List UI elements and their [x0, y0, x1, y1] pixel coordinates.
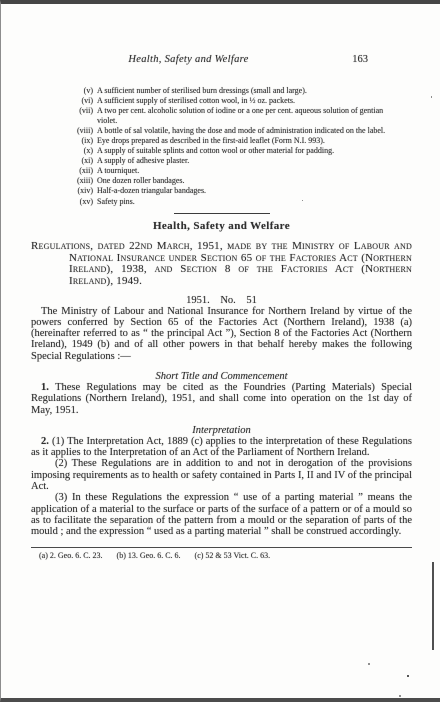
page-content: Health, Safety and Welfare 163 (v) A suf…: [31, 4, 412, 561]
scan-speckle: [393, 698, 394, 699]
list-item: (ix) Eye drops prepared as described in …: [31, 136, 412, 146]
footnote-divider: [31, 547, 412, 548]
list-item: (xii) A tourniquet.: [31, 166, 412, 176]
list-item-number: (v): [31, 86, 97, 96]
running-header: Health, Safety and Welfare 163: [31, 54, 412, 68]
section-divider: [174, 213, 270, 214]
list-item: (xv) Safety pins.: [31, 197, 412, 207]
regulation-2-3-paragraph: (3) In these Regulations the expression …: [31, 492, 412, 537]
short-title-heading: Short Title and Commencement: [31, 371, 412, 382]
footnote-c: (c) 52 & 53 Vict. C. 63.: [195, 551, 271, 560]
list-item-number: (vi): [31, 96, 97, 106]
list-item-number: (viii): [31, 126, 97, 136]
list-item-text: A supply of adhesive plaster.: [97, 156, 412, 166]
instrument-number: 1951. No. 51: [31, 295, 412, 306]
page-number: 163: [352, 54, 368, 65]
list-item: (vi) A sufficient supply of sterilised c…: [31, 96, 412, 106]
regulation-1-text: These Regulations may be cited as the Fo…: [31, 382, 412, 416]
footnote-b: (b) 13. Geo. 6. C. 6.: [117, 551, 181, 560]
scan-edge-artifact: [432, 562, 434, 650]
interpretation-heading: Interpretation: [31, 425, 412, 436]
first-aid-requirements-list: (v) A sufficient number of sterilised bu…: [31, 86, 412, 206]
scan-speckle: [407, 675, 409, 677]
scan-speckle: [399, 695, 401, 697]
list-item: (xiv) Half-a-dozen triangular bandages.: [31, 186, 412, 196]
list-item-text: Safety pins.: [97, 197, 412, 207]
list-item: (x) A supply of suitable splints and cot…: [31, 146, 412, 156]
enacting-paragraph: The Ministry of Labour and National Insu…: [31, 306, 412, 362]
list-item-number: (x): [31, 146, 97, 156]
list-item-number: (xiv): [31, 186, 97, 196]
list-item-text: A supply of suitable splints and cotton …: [97, 146, 412, 156]
list-item-text: A two per cent. alcoholic solution of io…: [97, 106, 412, 125]
scan-speckle: [431, 96, 432, 98]
list-item-text: A sufficient number of sterilised burn d…: [97, 86, 412, 96]
footnotes: (a) 2. Geo. 6. C. 23.(b) 13. Geo. 6. C. …: [31, 551, 412, 561]
regulations-preamble: Regulations, dated 22nd March, 1951, mad…: [31, 241, 412, 287]
list-item-text: Eye drops prepared as described in the f…: [97, 136, 412, 146]
list-item-number: (xi): [31, 156, 97, 166]
scan-speckle: [368, 663, 370, 665]
scanned-document-page: Health, Safety and Welfare 163 (v) A suf…: [0, 0, 440, 702]
list-item: (vii) A two per cent. alcoholic solution…: [31, 106, 412, 125]
regulation-2-1-text: (1) The Interpretation Act, 1889 (c) app…: [31, 436, 412, 458]
list-item-text: A tourniquet.: [97, 166, 412, 176]
list-item-text: A sufficient supply of sterilised cotton…: [97, 96, 412, 106]
list-item: (xi) A supply of adhesive plaster.: [31, 156, 412, 166]
list-item-number: (vii): [31, 106, 97, 125]
list-item-number: (xv): [31, 197, 97, 207]
list-item-text: A bottle of sal volatile, having the dos…: [97, 126, 412, 136]
section-heading: Health, Safety and Welfare: [31, 220, 412, 232]
list-item-number: (ix): [31, 136, 97, 146]
regulation-2-1-paragraph: 2. (1) The Interpretation Act, 1889 (c) …: [31, 436, 412, 459]
footnote-a: (a) 2. Geo. 6. C. 23.: [39, 551, 103, 560]
list-item: (v) A sufficient number of sterilised bu…: [31, 86, 412, 96]
list-item: (viii) A bottle of sal volatile, having …: [31, 126, 412, 136]
list-item-text: Half-a-dozen triangular bandages.: [97, 186, 412, 196]
regulation-2-2-paragraph: (2) These Regulations are in addition to…: [31, 458, 412, 492]
regulation-1-number: 1.: [41, 382, 49, 393]
list-item-number: (xii): [31, 166, 97, 176]
regulation-2-number: 2.: [41, 436, 49, 447]
list-item-text: One dozen roller bandages.: [97, 176, 412, 186]
regulation-1-paragraph: 1. These Regulations may be cited as the…: [31, 382, 412, 416]
list-item-number: (xiii): [31, 176, 97, 186]
list-item: (xiii) One dozen roller bandages.: [31, 176, 412, 186]
scan-speckle: [302, 200, 303, 201]
